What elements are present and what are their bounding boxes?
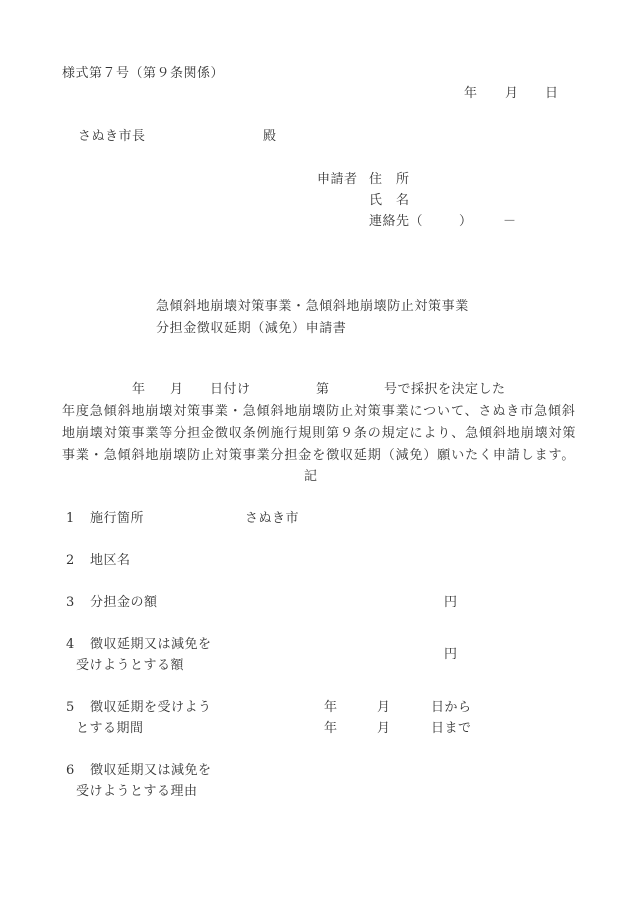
period-from-month: 月 bbox=[377, 701, 391, 714]
item-label: 施行箇所 bbox=[90, 512, 144, 525]
form-number: 様式第７号（第９条関係） bbox=[62, 67, 224, 80]
item-label: 分担金の額 bbox=[90, 596, 158, 609]
item-label-line-1: 徴収延期を受けよう bbox=[90, 701, 212, 714]
applicant-contact-close: ） bbox=[459, 215, 473, 228]
applicant-contact-label: 連絡先（ bbox=[369, 215, 423, 228]
ki-heading: 記 bbox=[304, 470, 318, 483]
item-label-line-2: 受けようとする理由 bbox=[76, 785, 198, 798]
date-day-label: 日 bbox=[545, 87, 559, 100]
item-label-line-2: 受けようとする額 bbox=[76, 659, 184, 672]
item-number: 6 bbox=[66, 764, 75, 777]
period-to-day: 日まで bbox=[431, 722, 472, 735]
item-number: 2 bbox=[66, 554, 75, 567]
date-month-label: 月 bbox=[505, 87, 519, 100]
body-line-2: 年度急傾斜地崩壊対策事業・急傾斜地崩壊防止対策事業について、さぬき市急傾斜 bbox=[62, 405, 560, 418]
item-number: 3 bbox=[66, 596, 75, 609]
body-date-suffix: 日付け bbox=[210, 383, 251, 396]
date-year-label: 年 bbox=[464, 87, 478, 100]
period-to-month: 月 bbox=[377, 722, 391, 735]
period-from-year: 年 bbox=[324, 701, 338, 714]
item-label-line-1: 徴収延期又は減免を bbox=[90, 764, 212, 777]
applicant-address-label: 住 所 bbox=[369, 173, 410, 186]
applicant-label: 申請者 bbox=[317, 173, 358, 186]
body-year-label: 年 bbox=[132, 383, 146, 396]
item-value: さぬき市 bbox=[245, 512, 299, 525]
period-from-day: 日から bbox=[431, 701, 472, 714]
body-month-label: 月 bbox=[170, 383, 184, 396]
item-unit: 円 bbox=[444, 648, 458, 661]
period-to-year: 年 bbox=[324, 722, 338, 735]
title-line-1: 急傾斜地崩壊対策事業・急傾斜地崩壊防止対策事業 bbox=[156, 300, 469, 313]
item-label-line-2: とする期間 bbox=[76, 722, 144, 735]
item-unit: 円 bbox=[444, 596, 458, 609]
item-label: 地区名 bbox=[90, 554, 131, 567]
addressee-honorific: 殿 bbox=[263, 130, 277, 143]
item-number: 5 bbox=[66, 701, 75, 714]
body-number-suffix: 号で採択を決定した bbox=[384, 383, 506, 396]
title-line-2: 分担金徴収延期（減免）申請書 bbox=[156, 322, 346, 335]
item-number: 4 bbox=[66, 638, 75, 651]
body-line-4: 事業・急傾斜地崩壊防止対策事業分担金を徴収延期（減免）願いたく申請します。 bbox=[62, 449, 560, 462]
item-number: 1 bbox=[66, 512, 75, 525]
body-line-3: 地崩壊対策事業等分担金徴収条例施行規則第９条の規定により、急傾斜地崩壊対策 bbox=[62, 427, 560, 440]
item-label-line-1: 徴収延期又は減免を bbox=[90, 638, 212, 651]
applicant-contact-dash: － bbox=[503, 215, 517, 228]
applicant-name-label: 氏 名 bbox=[369, 194, 410, 207]
body-number-prefix: 第 bbox=[316, 383, 330, 396]
addressee-name: さぬき市長 bbox=[78, 130, 146, 143]
